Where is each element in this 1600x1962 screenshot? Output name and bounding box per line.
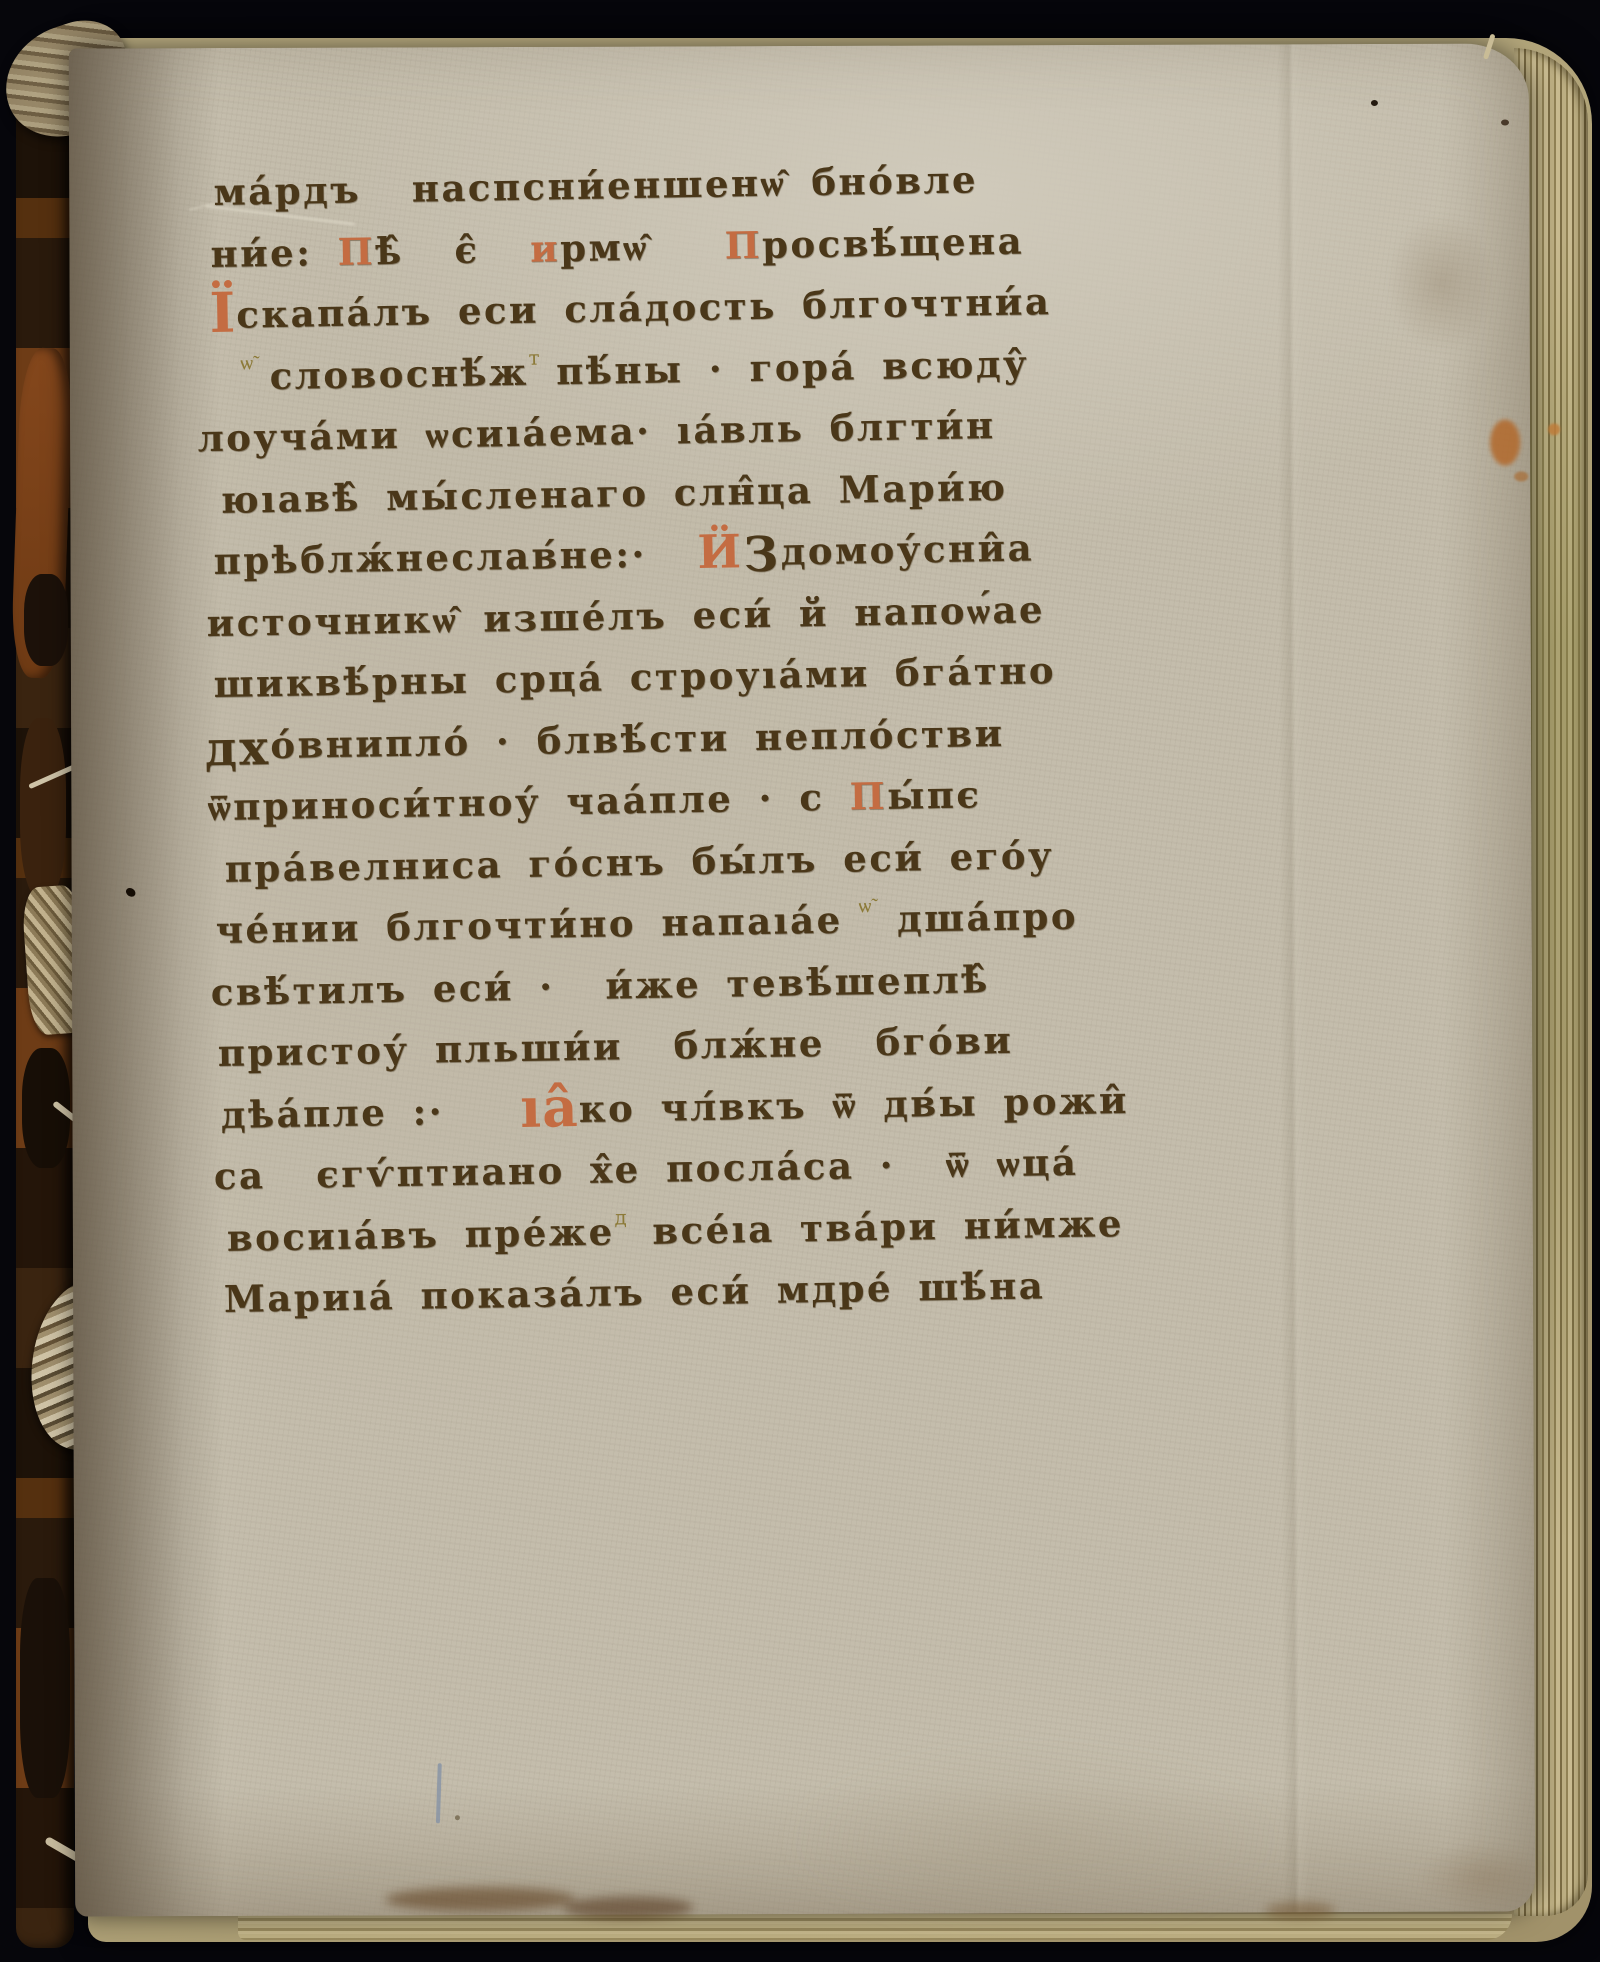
text-run: рмѡ̂ bbox=[560, 223, 725, 270]
rubric-run: и bbox=[530, 226, 561, 270]
text-run: ѿприноси́тноу́ чаа́пле · с bbox=[207, 775, 850, 830]
bottom-stain-1 bbox=[385, 1887, 575, 1912]
superscript-mark: д bbox=[614, 1205, 627, 1229]
smudge-stain bbox=[1385, 212, 1497, 354]
text-run: дша́про bbox=[871, 894, 1078, 941]
text-run: дѣа́пле :· bbox=[220, 1088, 520, 1137]
spine-gap-3 bbox=[20, 1578, 70, 1798]
corner-stain bbox=[1413, 1841, 1553, 1913]
water-stain bbox=[775, 1734, 1296, 1946]
rubric-initial: ıа̂ bbox=[520, 1074, 580, 1140]
text-run: ни́е: bbox=[210, 229, 338, 275]
superscript-mark: т bbox=[528, 345, 556, 369]
text-run: словоснѣ́ж bbox=[269, 349, 529, 397]
rubric-run: П bbox=[337, 229, 375, 274]
text-run: че́нии блгочти́но напаıа́е bbox=[215, 898, 843, 952]
pen-mark bbox=[436, 1763, 442, 1823]
fold-line bbox=[1277, 44, 1310, 1912]
rubric-initial: Ї bbox=[209, 280, 237, 345]
text-run: все́ıа тва́ри ни́мже bbox=[627, 1201, 1125, 1253]
rubric-initial: Ӥ bbox=[697, 524, 744, 579]
text-run: З bbox=[743, 527, 781, 584]
text-run: ѣ̂ є̂ bbox=[375, 226, 531, 273]
rubric-run: П bbox=[849, 774, 887, 819]
spine-gap-1 bbox=[24, 574, 68, 666]
text-run: пѣ́ны · гора́ всюду̂ bbox=[556, 341, 1030, 393]
rust-stain-3 bbox=[1514, 471, 1528, 481]
ink-speck-4 bbox=[455, 1815, 460, 1820]
photo-backdrop: ма́рдъ наспсни́еншенѡ̂ бно́влени́е: Пѣ̂ … bbox=[0, 0, 1600, 1962]
text-run: росвѣ́щена bbox=[762, 218, 1025, 266]
ink-speck-1 bbox=[1371, 100, 1378, 106]
rust-stain-1 bbox=[1490, 419, 1520, 465]
text-run: прѣблж́неслав́не:· bbox=[213, 531, 698, 583]
text-run: дх bbox=[204, 720, 271, 777]
text-run: ма́рдъ наспсни́еншенѡ̂ бно́вле bbox=[213, 157, 978, 214]
rubric-run: П bbox=[724, 222, 762, 267]
text-run: ы́пє bbox=[887, 772, 982, 818]
rust-stain-2 bbox=[1548, 423, 1560, 435]
superscript-mark: ѡ̃ bbox=[240, 350, 269, 374]
leather-fragment-2 bbox=[20, 718, 66, 898]
text-run: ко чл́вкъ ѿ дв́ы рожи̂ bbox=[578, 1077, 1129, 1130]
superscript-mark: ѡ̃ bbox=[842, 893, 871, 917]
gutter-shadow bbox=[69, 48, 226, 1917]
manuscript-page: ма́рдъ наспсни́еншенѡ̂ бно́влени́е: Пѣ̂ … bbox=[69, 43, 1536, 1916]
text-run: домоу́сни̂а bbox=[780, 525, 1034, 573]
text-block: ма́рдъ наспсни́еншенѡ̂ бно́влени́е: Пѣ̂ … bbox=[207, 153, 1256, 1338]
ink-speck-2 bbox=[1501, 120, 1509, 126]
text-run: восиıа́въ пре́же bbox=[227, 1209, 615, 1259]
